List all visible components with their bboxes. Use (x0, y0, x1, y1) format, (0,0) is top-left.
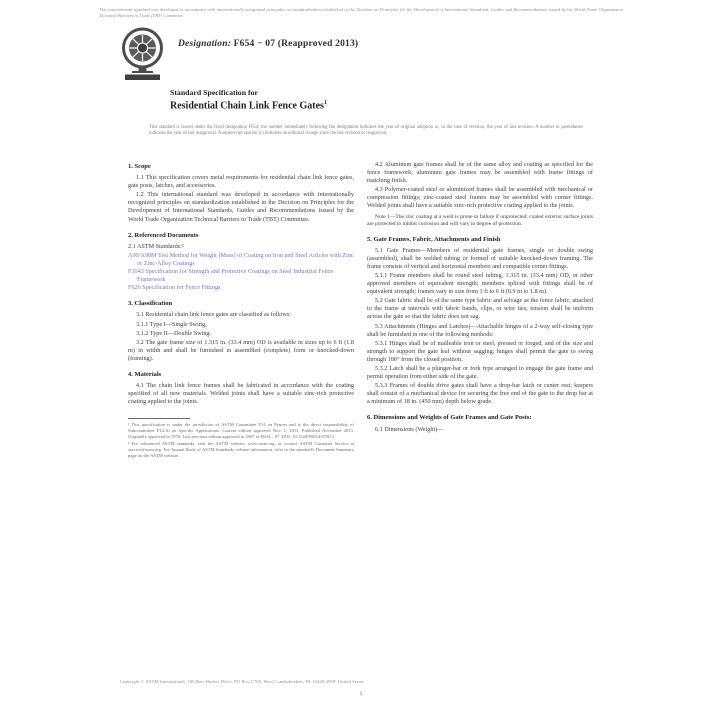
section-heading-scope: 1. Scope (128, 163, 354, 171)
footnote-1: ¹ This specification is under the jurisd… (128, 422, 354, 439)
top-disclaimer: This international standard was develope… (99, 7, 623, 18)
document-page: This international standard was develope… (0, 0, 722, 722)
page-title: Residential Chain Link Fence Gates1 (170, 97, 500, 112)
para-5-3: 5.3 Attachments (Hinges and Latches)—Att… (367, 323, 593, 339)
body-columns: 1. Scope1.1 This specification covers me… (128, 161, 593, 461)
designation: Designation: F654 − 07 (Reapproved 2013) (178, 39, 358, 49)
para-1-2: 1.2 This international standard was deve… (128, 191, 354, 223)
designation-code: F654 − 07 (Reapproved 2013) (231, 39, 358, 49)
para-4-3: 4.3 Polymer-coated steel or aluminized f… (367, 186, 593, 210)
para-3-1-1: 3.1.1 Type I—Single Swing, (128, 321, 354, 329)
reference-link-f1043[interactable]: F1043 Specification for Strength and Pro… (128, 268, 354, 284)
section-heading-materials: 4. Materials (128, 371, 354, 379)
para-3-2: 3.2 The gate frame size of 1.315 in. (33… (128, 339, 354, 363)
issued-note: This standard is issued under the fixed … (149, 125, 583, 137)
para-6-1: 6.1 Dimensions (Weight)— (367, 426, 593, 434)
copyright-line: Copyright © ASTM International, 100 Barr… (120, 679, 440, 684)
masthead: Designation: F654 − 07 (Reapproved 2013) (119, 27, 358, 82)
section-heading-classification: 3. Classification (128, 300, 354, 308)
right-column: 4.2 Aluminum gate frames shall be of the… (367, 161, 593, 461)
title-block: Standard Specification for Residential C… (170, 88, 500, 112)
section-heading-referenced-documents: 2. Referenced Documents (128, 232, 354, 240)
title-kicker: Standard Specification for (170, 88, 500, 97)
footnote-2: ² For referenced ASTM standards, visit t… (128, 441, 354, 458)
para-1-1: 1.1 This specification covers metal requ… (128, 174, 354, 190)
astm-logo-icon (119, 27, 166, 82)
left-column: 1. Scope1.1 This specification covers me… (128, 161, 354, 461)
para-2-1: 2.1 ASTM Standards:² (128, 243, 354, 251)
reference-link-f626[interactable]: F626 Specification for Fence Fittings (128, 284, 354, 292)
section-heading-dimensions: 6. Dimensions and Weights of Gate Frames… (367, 414, 593, 422)
section-heading-gate-frames: 5. Gate Frames, Fabric, Attachments and … (367, 236, 593, 244)
note-1: Note 1—The zinc coating at a weld is pro… (367, 214, 593, 228)
designation-label: Designation: (178, 39, 231, 49)
para-5-3-2: 5.3.2 Latch shall be a plunger-bar or fo… (367, 365, 593, 381)
para-5-1: 5.1 Gate Frames—Members of residential g… (367, 247, 593, 271)
para-3-1-2: 3.1.2 Type II—Double Swing. (128, 330, 354, 338)
para-5-3-3: 5.3.3 Frames of double drive gates shall… (367, 382, 593, 406)
para-5-2: 5.2 Gate fabric shall be of the same typ… (367, 297, 593, 321)
reference-link-a90[interactable]: A90/A90M Test Method for Weight [Mass] o… (128, 252, 354, 268)
page-number: 1 (0, 691, 722, 697)
para-4-1: 4.1 The chain link fence frames shall be… (128, 382, 354, 406)
footnote-divider (128, 418, 190, 419)
para-4-2: 4.2 Aluminum gate frames shall be of the… (367, 161, 593, 185)
title-footnote-marker: 1 (324, 100, 327, 106)
para-5-3-1: 5.3.1 Hinges shall be of malleable iron … (367, 340, 593, 364)
para-3-1: 3.1 Residential chain link fence gates a… (128, 311, 354, 319)
para-5-1-1: 5.1.1 Frame members shall be round steel… (367, 272, 593, 296)
